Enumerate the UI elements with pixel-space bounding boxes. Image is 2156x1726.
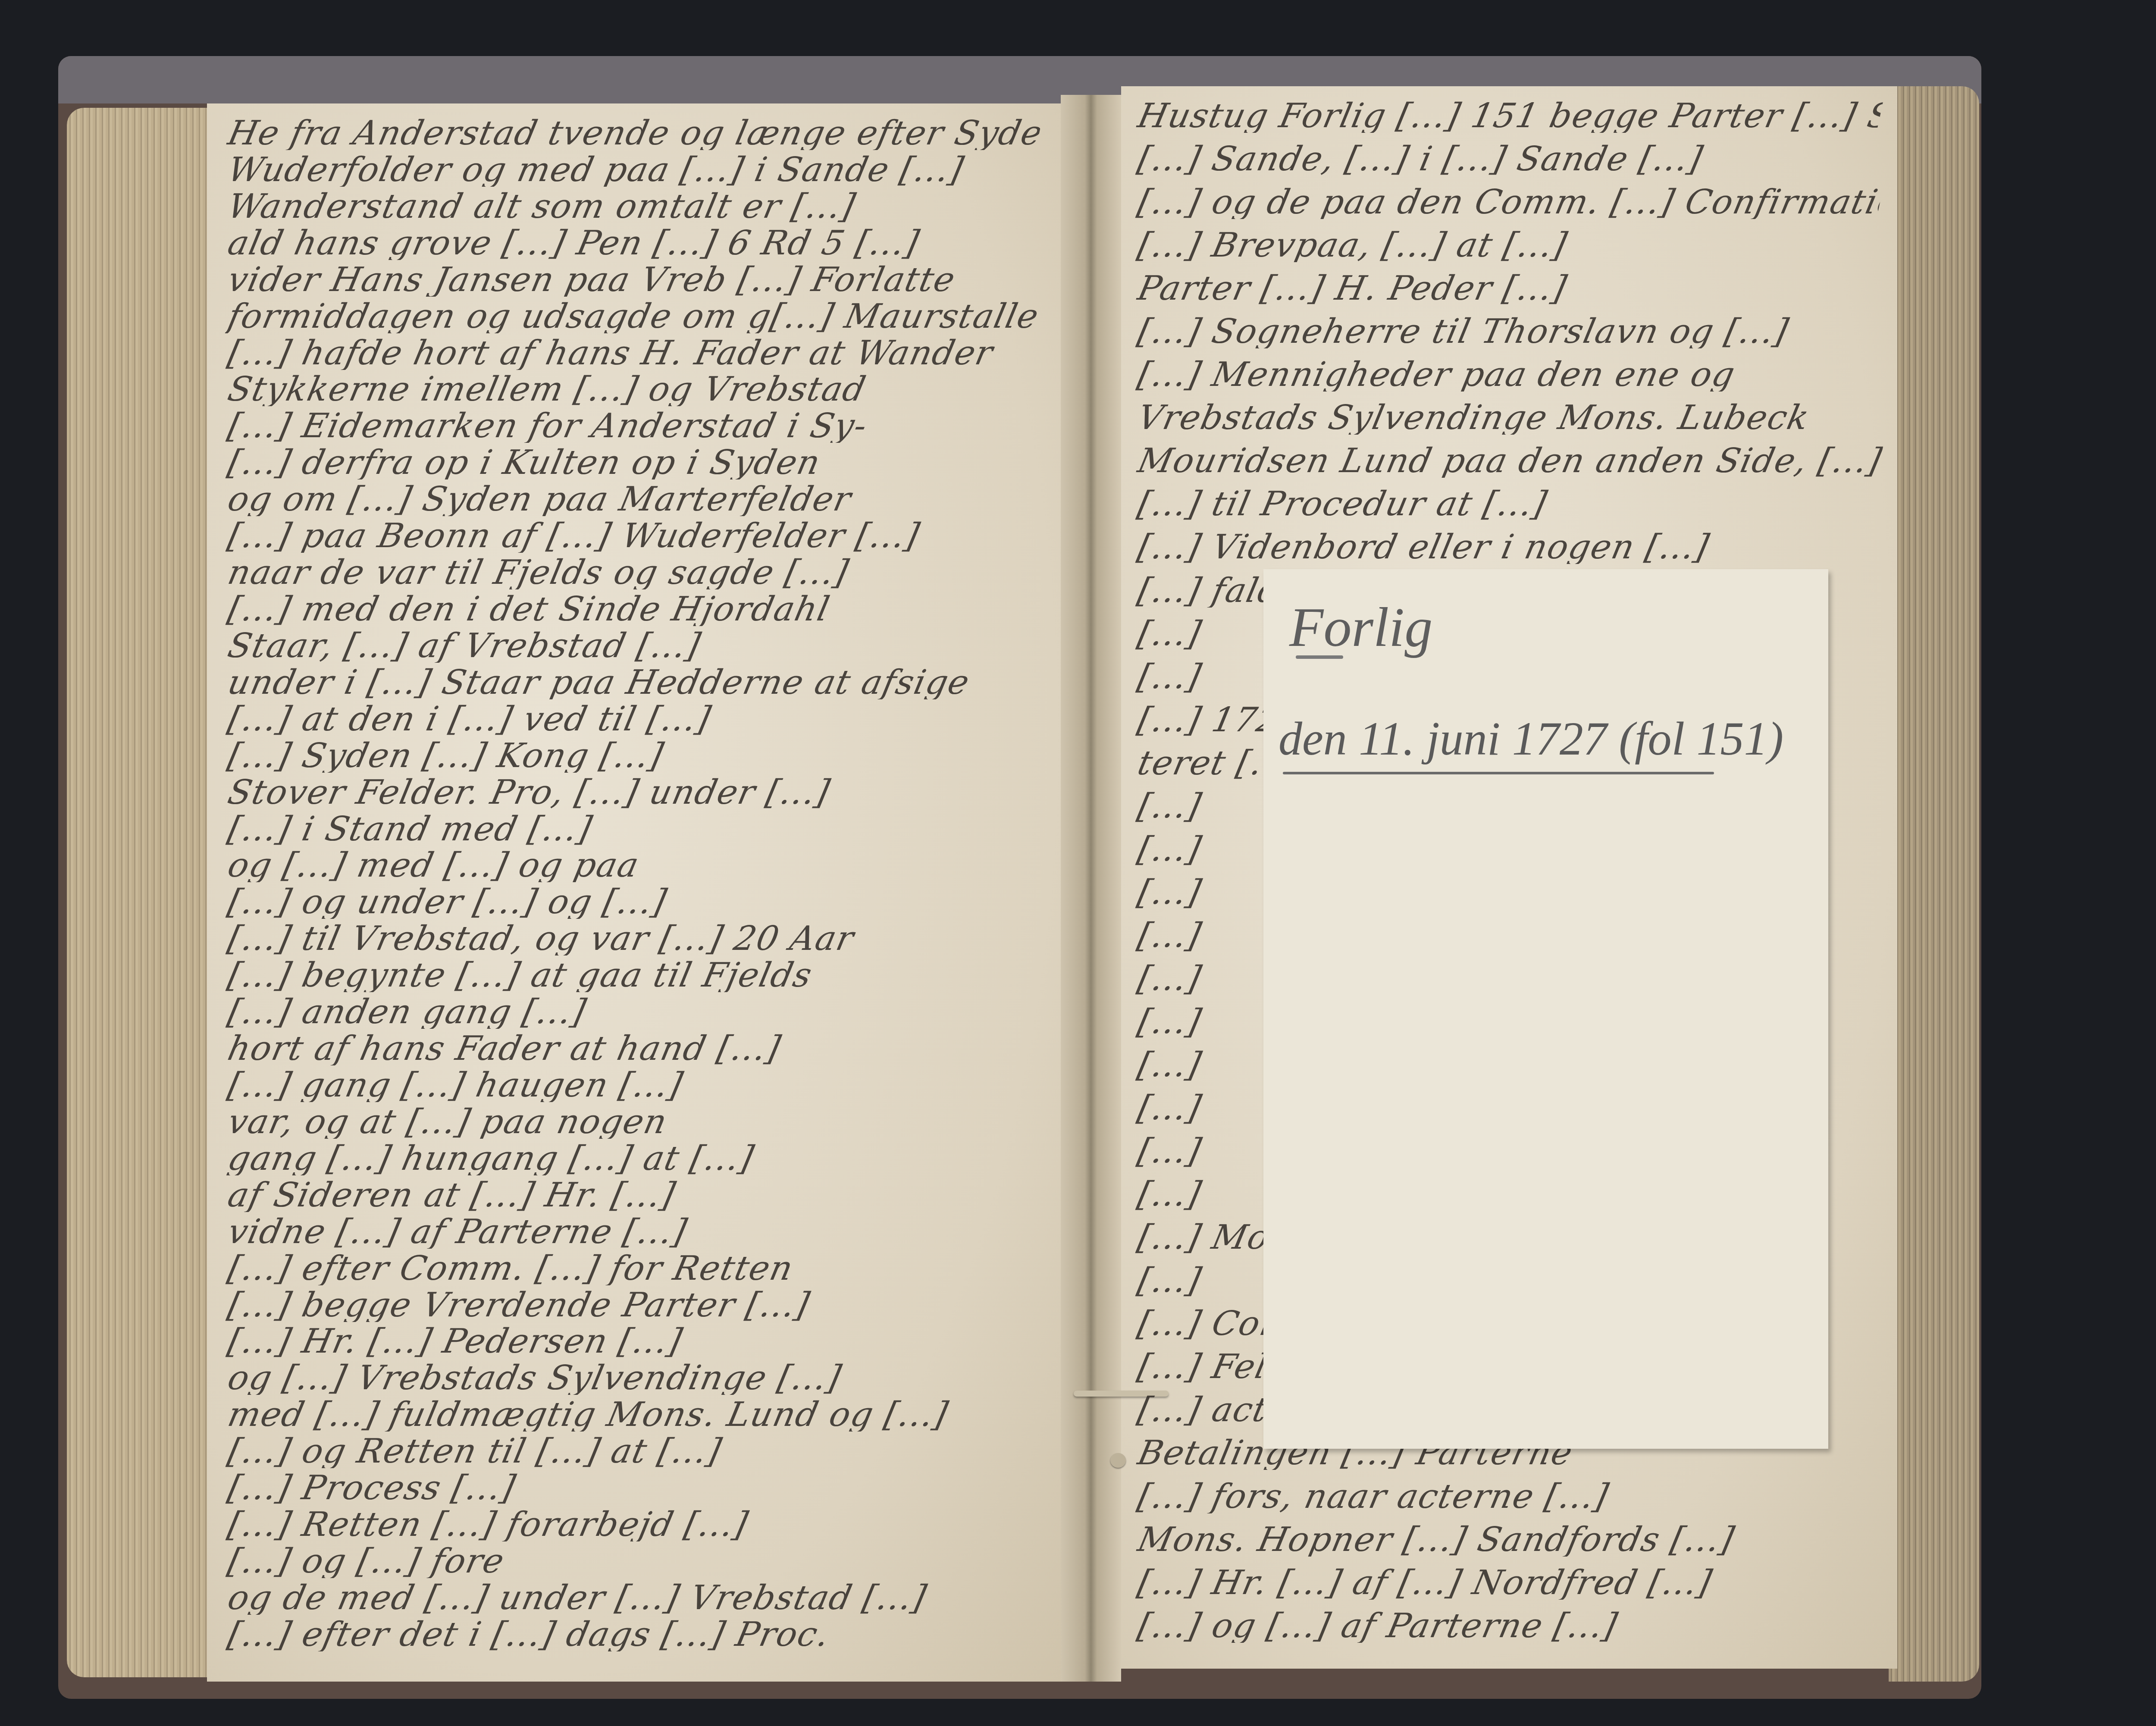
manuscript-line: [...] Process [...] xyxy=(225,1471,1043,1505)
manuscript-line: med [...] fuldmægtig Mons. Lund og [...] xyxy=(225,1398,1043,1432)
manuscript-line: [...] Syden [...] Kong [...] xyxy=(225,739,1043,773)
manuscript-line: [...] til Procedur at [...] xyxy=(1135,487,1884,521)
manuscript-line: [...] fors, naar acterne [...] xyxy=(1135,1480,1884,1513)
manuscript-line: [...] begge Vrerdende Parter [...] xyxy=(225,1288,1043,1322)
left-page-edges xyxy=(67,108,209,1677)
manuscript-line: naar de var til Fjelds og sagde [...] xyxy=(225,556,1043,589)
manuscript-line: under i [...] Staar paa Hedderne at afsi… xyxy=(225,666,1043,699)
manuscript-line: [...] Eidemarken for Anderstad i Sy- xyxy=(225,409,1043,443)
binding-knot xyxy=(1110,1453,1126,1468)
manuscript-line: af Sideren at [...] Hr. [...] xyxy=(225,1178,1043,1212)
manuscript-line: [...] Mennigheder paa den ene og xyxy=(1135,358,1884,392)
right-page-edges xyxy=(1889,86,1979,1682)
manuscript-line: [...] og de paa den Comm. [...] Confirma… xyxy=(1135,185,1884,219)
manuscript-line: [...] paa Beonn af [...] Wuderfelder [..… xyxy=(225,519,1043,553)
manuscript-line: Mouridsen Lund paa den anden Side, [...] xyxy=(1135,444,1884,478)
manuscript-line: og om [...] Syden paa Marterfelder xyxy=(225,482,1043,516)
manuscript-line: [...] og [...] af Parterne [...] xyxy=(1135,1609,1884,1643)
manuscript-line: [...] Hr. [...] af [...] Nordfred [...] xyxy=(1135,1566,1884,1600)
manuscript-line: [...] og Retten til [...] at [...] xyxy=(225,1435,1043,1468)
manuscript-line: [...] Brevpaa, [...] at [...] xyxy=(1135,229,1884,262)
manuscript-line: formiddagen og udsagde om g[...] Maursta… xyxy=(225,300,1043,333)
manuscript-line: [...] anden gang [...] xyxy=(225,995,1043,1029)
manuscript-line: hort af hans Fader at hand [...] xyxy=(225,1032,1043,1065)
note-title: Forlig xyxy=(1289,595,1432,660)
manuscript-line: [...] efter Comm. [...] for Retten xyxy=(225,1252,1043,1285)
manuscript-line: [...] og [...] fore xyxy=(225,1544,1043,1578)
manuscript-line: [...] Videnbord eller i nogen [...] xyxy=(1135,530,1884,564)
binding-gutter xyxy=(1061,95,1121,1682)
manuscript-line: Staar, [...] af Vrebstad [...] xyxy=(225,629,1043,663)
left-page-text: He fra Anderstad tvende og længe efter S… xyxy=(229,116,1039,1651)
manuscript-line: He fra Anderstad tvende og længe efter S… xyxy=(225,116,1043,150)
manuscript-line: og [...] Vrebstads Sylvendinge [...] xyxy=(225,1361,1043,1395)
manuscript-line: [...] hafde hort af hans H. Fader at Wan… xyxy=(225,336,1043,370)
manuscript-line: [...] Retten [...] forarbejd [...] xyxy=(225,1508,1043,1541)
manuscript-line: [...] Sogneherre til Thorslavn og [...] xyxy=(1135,315,1884,348)
manuscript-line: Parter [...] H. Peder [...] xyxy=(1135,272,1884,305)
manuscript-line: gang [...] hungang [...] at [...] xyxy=(225,1142,1043,1175)
manuscript-line: [...] at den i [...] ved til [...] xyxy=(225,702,1043,736)
manuscript-line: [...] til Vrebstad, og var [...] 20 Aar xyxy=(225,922,1043,955)
manuscript-line: [...] derfra op i Kulten op i Syden xyxy=(225,446,1043,479)
manuscript-line: [...] begynte [...] at gaa til Fjelds xyxy=(225,959,1043,992)
manuscript-line: [...] gang [...] haugen [...] xyxy=(225,1068,1043,1102)
manuscript-line: ald hans grove [...] Pen [...] 6 Rd 5 [.… xyxy=(225,226,1043,260)
manuscript-line: Stykkerne imellem [...] og Vrebstad xyxy=(225,373,1043,406)
manuscript-line: [...] i Stand med [...] xyxy=(225,812,1043,846)
manuscript-line: Wanderstand alt som omtalt er [...] xyxy=(225,190,1043,223)
manuscript-line: [...] og under [...] og [...] xyxy=(225,885,1043,919)
manuscript-line: Wuderfolder og med paa [...] i Sande [..… xyxy=(225,153,1043,187)
inserted-note: Forlig den 11. juni 1727 (fol 151) xyxy=(1263,569,1828,1449)
manuscript-line: Mons. Hopner [...] Sandfords [...] xyxy=(1135,1523,1884,1557)
manuscript-line: [...] Hr. [...] Pedersen [...] xyxy=(225,1325,1043,1358)
manuscript-line: og de med [...] under [...] Vrebstad [..… xyxy=(225,1581,1043,1615)
manuscript-line: vidne [...] af Parterne [...] xyxy=(225,1215,1043,1249)
manuscript-line: og [...] med [...] og paa xyxy=(225,849,1043,882)
note-date: den 11. juni 1727 (fol 151) xyxy=(1279,711,1783,766)
manuscript-line: [...] efter det i [...] dags [...] Proc. xyxy=(225,1618,1043,1651)
manuscript-line: [...] med den i det Sinde Hjordahl xyxy=(225,592,1043,626)
manuscript-line: vider Hans Jansen paa Vreb [...] Forlatt… xyxy=(225,263,1043,297)
manuscript-line: Stover Felder. Pro, [...] under [...] xyxy=(225,776,1043,809)
note-title-underline xyxy=(1296,655,1343,659)
manuscript-line: var, og at [...] paa nogen xyxy=(225,1105,1043,1139)
note-date-underline xyxy=(1283,772,1714,774)
manuscript-line: Vrebstads Sylvendinge Mons. Lubeck xyxy=(1135,401,1884,435)
manuscript-line: [...] Sande, [...] i [...] Sande [...] xyxy=(1135,142,1884,176)
manuscript-line: Hustug Forlig [...] 151 begge Parter [..… xyxy=(1135,99,1884,133)
